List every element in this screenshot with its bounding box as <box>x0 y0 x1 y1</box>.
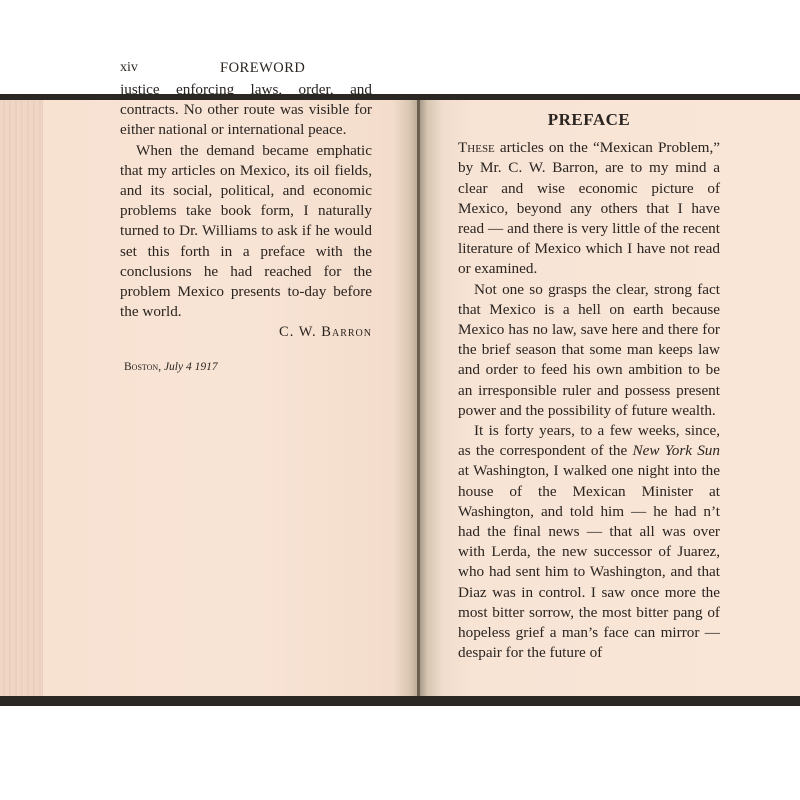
page-number: xiv <box>120 58 138 78</box>
left-page-text: xiv FOREWORD justice enforcing laws, ord… <box>120 58 372 389</box>
newspaper-title: New York Sun <box>632 442 720 459</box>
paragraph: justice enforcing laws, order, and contr… <box>120 80 372 141</box>
paragraph-body: articles on the “Mexican Problem,” by Mr… <box>458 139 720 277</box>
dateline: Boston, July 4 1917 <box>124 357 372 377</box>
paragraph: It is forty years, to a few weeks, since… <box>458 421 720 663</box>
right-page-text: PREFACE These articles on the “Mexican P… <box>458 110 720 663</box>
dateline-place: Boston, <box>124 361 161 373</box>
running-head: xiv FOREWORD <box>120 58 372 78</box>
paragraph: These articles on the “Mexican Problem,”… <box>458 138 720 279</box>
page-edges <box>0 100 43 696</box>
first-word: These <box>458 139 495 156</box>
dateline-date: July 4 1917 <box>164 361 218 373</box>
signature: C. W. Barron <box>120 322 372 342</box>
paragraph: When the demand became emphatic that my … <box>120 141 372 323</box>
running-title: FOREWORD <box>220 58 305 78</box>
chapter-title: PREFACE <box>458 110 720 130</box>
paragraph: Not one so grasps the clear, strong fact… <box>458 280 720 421</box>
paragraph-text: at Washington, I walked one night into t… <box>458 462 720 661</box>
